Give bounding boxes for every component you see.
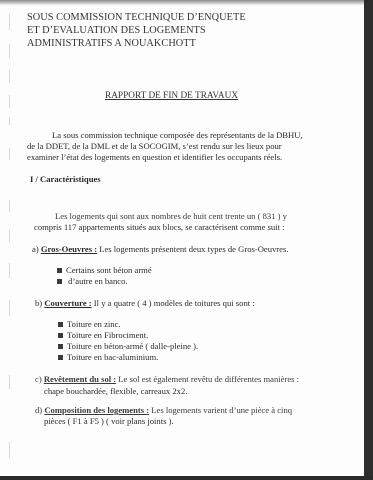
scan-artifact — [9, 70, 10, 83]
item-prefix: d) — [35, 405, 44, 415]
report-title: RAPPORT DE FIN DE TRAVAUX — [105, 91, 238, 102]
scan-artifact — [9, 263, 10, 278]
bullet-item: Toiture en zinc. — [58, 319, 121, 330]
item-gros-oeuvres: a) Gros-Oeuvres : Les logements présente… — [32, 244, 288, 255]
scan-artifact — [9, 14, 10, 30]
document-page: SOUS COMMISSION TECHNIQUE D’ENQUETE ET D… — [0, 0, 364, 476]
item-line2: pièces ( F1 à F5 ) ( voir plans joints )… — [44, 416, 174, 427]
item-text: Il y a quatre ( 4 ) modèles de toitures … — [92, 298, 255, 308]
intro-line: examiner l’état des logements en questio… — [27, 152, 282, 163]
bullet-item: d’autre en banco. — [57, 276, 128, 287]
scan-artifact — [9, 148, 10, 160]
item-revetement-sol: c) Revêtement du sol : Le sol est égalem… — [35, 374, 299, 385]
scan-artifact — [9, 200, 10, 212]
scan-artifact — [9, 442, 10, 458]
item-prefix: a) — [32, 244, 41, 254]
item-text: Le sol est également revêtu de différent… — [116, 374, 299, 384]
item-couverture: b) Couverture : Il y a quatre ( 4 ) modè… — [35, 298, 255, 309]
section-para-line: Les logements qui sont aux nombres de hu… — [55, 211, 287, 222]
bullet-text: Toiture en Fibrociment. — [67, 330, 148, 340]
scan-artifact — [9, 117, 10, 125]
item-text: Les logements varient d’une pièce à cinq — [149, 405, 292, 415]
scan-artifact — [9, 300, 10, 316]
scan-artifact — [9, 375, 10, 389]
viewer-background-bottom — [0, 476, 373, 480]
section-para-line: compris 117 appartements situés aux bloc… — [34, 222, 285, 233]
square-bullet-icon — [57, 268, 62, 273]
item-label: Revêtement du sol : — [44, 374, 116, 384]
bullet-item: Toiture en Fibrociment. — [58, 330, 148, 341]
bullet-item: Toiture en bac-aluminium. — [58, 352, 158, 363]
header-line: SOUS COMMISSION TECHNIQUE D’ENQUETE — [27, 11, 246, 24]
item-label: Gros-Oeuvres : — [41, 244, 97, 254]
header-line: ET D’EVALUATION DES LOGEMENTS — [27, 24, 206, 37]
square-bullet-icon — [58, 355, 63, 360]
scan-top-shadow — [0, 0, 364, 5]
intro-line: La sous commission technique composée de… — [52, 130, 303, 141]
item-label: Composition des logements : — [44, 405, 149, 415]
bullet-item: Certains sont béton armé — [57, 265, 152, 276]
bullet-text: d’autre en banco. — [66, 276, 128, 286]
bullet-text: Certains sont béton armé — [66, 265, 152, 275]
viewer-background-right — [364, 0, 373, 480]
intro-line: de la DDET, de la DML et de la SOCOGIM, … — [27, 141, 282, 152]
square-bullet-icon — [58, 322, 63, 327]
item-composition: d) Composition des logements : Les logem… — [35, 405, 292, 416]
item-prefix: c) — [35, 374, 44, 384]
header-line: ADMINISTRATIFS A NOUAKCHOTT — [27, 37, 196, 50]
section-heading: I / Caractéristiques — [30, 174, 101, 185]
item-line2: chape bouchardée, flexible, carreaux 2x2… — [44, 386, 187, 397]
scan-artifact — [9, 95, 10, 108]
scan-artifact — [9, 44, 10, 58]
bullet-text: Toiture en bac-aluminium. — [67, 352, 158, 362]
item-label: Couverture : — [44, 298, 91, 308]
square-bullet-icon — [57, 279, 62, 284]
bullet-item: Toiture en béton-armé ( dalle-pleine ). — [58, 341, 198, 352]
bullet-text: Toiture en zinc. — [67, 319, 121, 329]
scan-artifact — [9, 230, 10, 242]
bullet-text: Toiture en béton-armé ( dalle-pleine ). — [67, 341, 198, 351]
item-prefix: b) — [35, 298, 44, 308]
square-bullet-icon — [58, 333, 63, 338]
item-text: Les logements présentent deux types de G… — [97, 244, 288, 254]
square-bullet-icon — [58, 344, 63, 349]
